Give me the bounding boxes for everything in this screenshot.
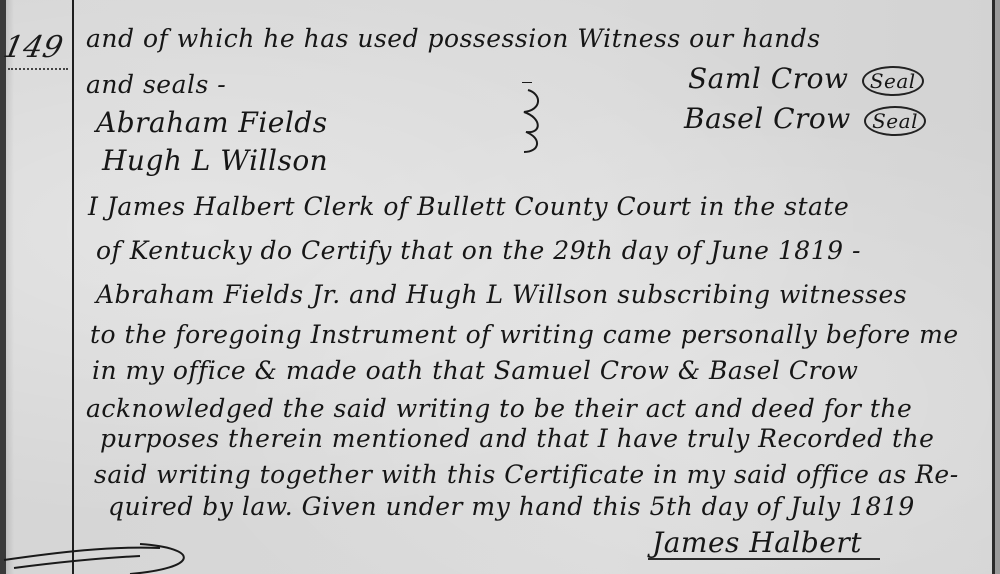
text-line-6: to the foregoing Instrument of writing c… bbox=[90, 320, 959, 349]
text-line-10: said writing together with this Certific… bbox=[94, 460, 959, 489]
text-line-4: of Kentucky do Certify that on the 29th … bbox=[96, 236, 861, 265]
grantor-signature-1: Saml Crow Seal bbox=[688, 62, 924, 96]
grantor-signature-2: Basel Crow Seal bbox=[684, 102, 926, 136]
brace-mark bbox=[520, 82, 550, 154]
text-line-11: quired by law. Given under my hand this … bbox=[108, 492, 915, 521]
grantor-name-1: Saml Crow bbox=[688, 62, 848, 95]
binding-shadow bbox=[0, 0, 6, 574]
witness-signature-1: Abraham Fields bbox=[96, 106, 328, 139]
text-line-5: Abraham Fields Jr. and Hugh L Willson su… bbox=[96, 280, 907, 309]
clerk-signature: James Halbert bbox=[652, 526, 862, 559]
margin-rule bbox=[72, 0, 74, 574]
signature-underline bbox=[648, 558, 880, 560]
page-number-flourish bbox=[8, 64, 68, 70]
seal-mark-2: Seal bbox=[864, 106, 926, 136]
grantor-name-2: Basel Crow bbox=[684, 102, 851, 135]
witness-signature-2: Hugh L Willson bbox=[102, 144, 328, 177]
ledger-page: 149 and of which he has used possession … bbox=[0, 0, 1000, 574]
page-number: 149 bbox=[0, 30, 66, 65]
flourish-mark bbox=[0, 528, 200, 574]
text-line-8: acknowledged the said writing to be thei… bbox=[86, 394, 912, 423]
text-line-3: I James Halbert Clerk of Bullett County … bbox=[88, 192, 849, 221]
text-line-9: purposes therein mentioned and that I ha… bbox=[100, 424, 934, 453]
seal-mark-1: Seal bbox=[862, 66, 924, 96]
text-line-1: and of which he has used possession Witn… bbox=[86, 24, 821, 53]
text-line-7: in my office & made oath that Samuel Cro… bbox=[92, 356, 858, 385]
page-edge bbox=[995, 0, 1000, 574]
text-line-2: and seals - bbox=[86, 70, 226, 99]
